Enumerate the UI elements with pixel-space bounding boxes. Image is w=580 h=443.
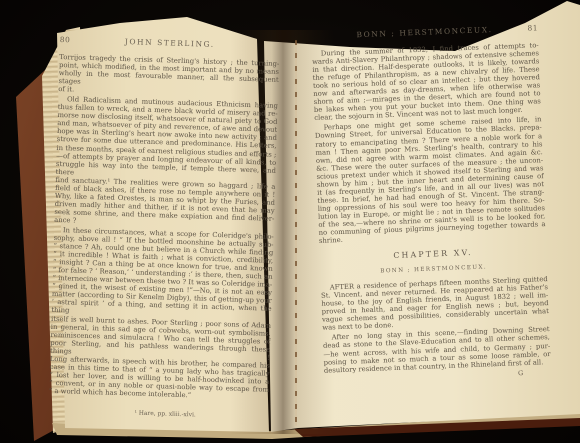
paragraph: After no long stay in this scene,—findin… <box>323 325 551 374</box>
paragraph: Torrijos tragedy the crisis of Sterling'… <box>58 53 279 100</box>
right-page-number: 81 <box>502 24 538 33</box>
left-page-text: 80 JOHN STERLING. Torrijos tragedy the c… <box>48 36 280 421</box>
paragraph: In these circumstances, what a scope for… <box>49 226 274 402</box>
right-page-text: BONN ; HERSTMONCEUX. 81 During the summe… <box>311 24 551 384</box>
header-spacer <box>311 32 347 41</box>
paragraph: AFTER a residence of perhaps fifteen mon… <box>321 275 550 332</box>
spine-stitching <box>295 40 297 426</box>
chapter-block: CHAPTER XV. BONN ; HERSTMONCEUX. <box>319 245 547 277</box>
right-running-header: BONN ; HERSTMONCEUX. <box>347 26 502 40</box>
chapter-subheading: BONN ; HERSTMONCEUX. <box>320 262 547 277</box>
paragraph: Old Radicalism and mutinous audacious Et… <box>54 95 278 231</box>
paragraph: Perhaps one might get some scheme raised… <box>315 116 546 245</box>
right-page-header: BONN ; HERSTMONCEUX. 81 <box>311 24 538 41</box>
book-photo: 80 JOHN STERLING. Torrijos tragedy the c… <box>0 0 580 443</box>
chapter-heading: CHAPTER XV. <box>319 245 546 263</box>
header-spacer <box>244 42 280 51</box>
paragraph: During the summer of 1832, I find traces… <box>312 41 542 122</box>
left-page-number: 80 <box>60 36 96 45</box>
